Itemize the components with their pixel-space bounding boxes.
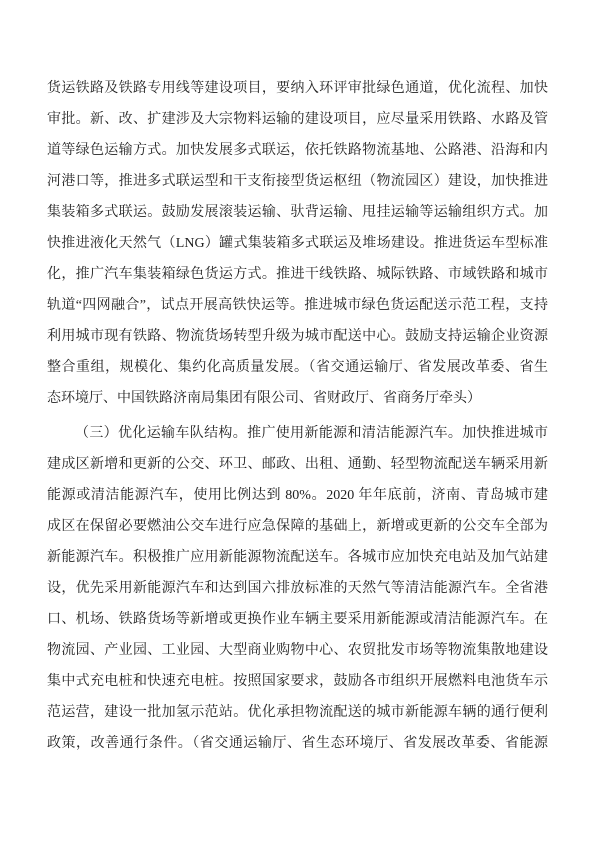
text-line: 集中式充电桩和快速充电桩。按照国家要求，鼓励各市组织开展燃料电池货车示 bbox=[47, 666, 548, 697]
text-line: 化，推广汽车集装箱绿色货运方式。推进干线铁路、城际铁路、市域铁路和城市 bbox=[47, 259, 548, 290]
text-line: 范运营，建设一批加氢示范站。优化承担物流配送的城市新能源车辆的通行便利 bbox=[47, 697, 548, 728]
text-line: 态环境厅、中国铁路济南局集团有限公司、省财政厅、省商务厅牵头） bbox=[47, 383, 548, 414]
document-body: 货运铁路及铁路专用线等建设项目，要纳入环评审批绿色通道，优化流程、加快审批。新、… bbox=[47, 73, 548, 759]
paragraph: 货运铁路及铁路专用线等建设项目，要纳入环评审批绿色通道，优化流程、加快审批。新、… bbox=[47, 73, 548, 414]
text-line: 口、机场、铁路货场等新增或更换作业车辆主要采用新能源或清洁能源汽车。在 bbox=[47, 604, 548, 635]
text-line: 轨道“四网融合”，试点开展高铁快运等。推进城市绿色货运配送示范工程，支持 bbox=[47, 290, 548, 321]
text-line: 物流园、产业园、工业园、大型商业购物中心、农贸批发市场等物流集散地建设 bbox=[47, 635, 548, 666]
text-line: （三）优化运输车队结构。推广使用新能源和清洁能源汽车。加快推进城市 bbox=[47, 418, 548, 449]
text-line: 快推进液化天然气（LNG）罐式集装箱多式联运及堆场建设。推进货运车型标准 bbox=[47, 228, 548, 259]
text-line: 道等绿色运输方式。加快发展多式联运，依托铁路物流基地、公路港、沿海和内 bbox=[47, 135, 548, 166]
text-line: 能源或清洁能源汽车，使用比例达到 80%。2020 年年底前，济南、青岛城市建 bbox=[47, 480, 548, 511]
text-line: 审批。新、改、扩建涉及大宗物料运输的建设项目，应尽量采用铁路、水路及管 bbox=[47, 104, 548, 135]
text-line: 新能源汽车。积极推广应用新能源物流配送车。各城市应加快充电站及加气站建 bbox=[47, 542, 548, 573]
document-page: 货运铁路及铁路专用线等建设项目，要纳入环评审批绿色通道，优化流程、加快审批。新、… bbox=[0, 0, 595, 841]
text-line: 建成区新增和更新的公交、环卫、邮政、出租、通勤、轻型物流配送车辆采用新 bbox=[47, 449, 548, 480]
paragraph: （三）优化运输车队结构。推广使用新能源和清洁能源汽车。加快推进城市建成区新增和更… bbox=[47, 418, 548, 759]
text-line: 政策，改善通行条件。（省交通运输厅、省生态环境厅、省发展改革委、省能源 bbox=[47, 728, 548, 759]
text-line: 设，优先采用新能源汽车和达到国六排放标准的天然气等清洁能源汽车。全省港 bbox=[47, 573, 548, 604]
text-line: 成区在保留必要燃油公交车进行应急保障的基础上，新增或更新的公交车全部为 bbox=[47, 511, 548, 542]
text-line: 集装箱多式联运。鼓励发展滚装运输、驮背运输、甩挂运输等运输组织方式。加 bbox=[47, 197, 548, 228]
text-line: 整合重组，规模化、集约化高质量发展。（省交通运输厅、省发展改革委、省生 bbox=[47, 352, 548, 383]
text-line: 河港口等，推进多式联运型和干支衔接型货运枢纽（物流园区）建设，加快推进 bbox=[47, 166, 548, 197]
text-line: 利用城市现有铁路、物流货场转型升级为城市配送中心。鼓励支持运输企业资源 bbox=[47, 321, 548, 352]
text-line: 货运铁路及铁路专用线等建设项目，要纳入环评审批绿色通道，优化流程、加快 bbox=[47, 73, 548, 104]
